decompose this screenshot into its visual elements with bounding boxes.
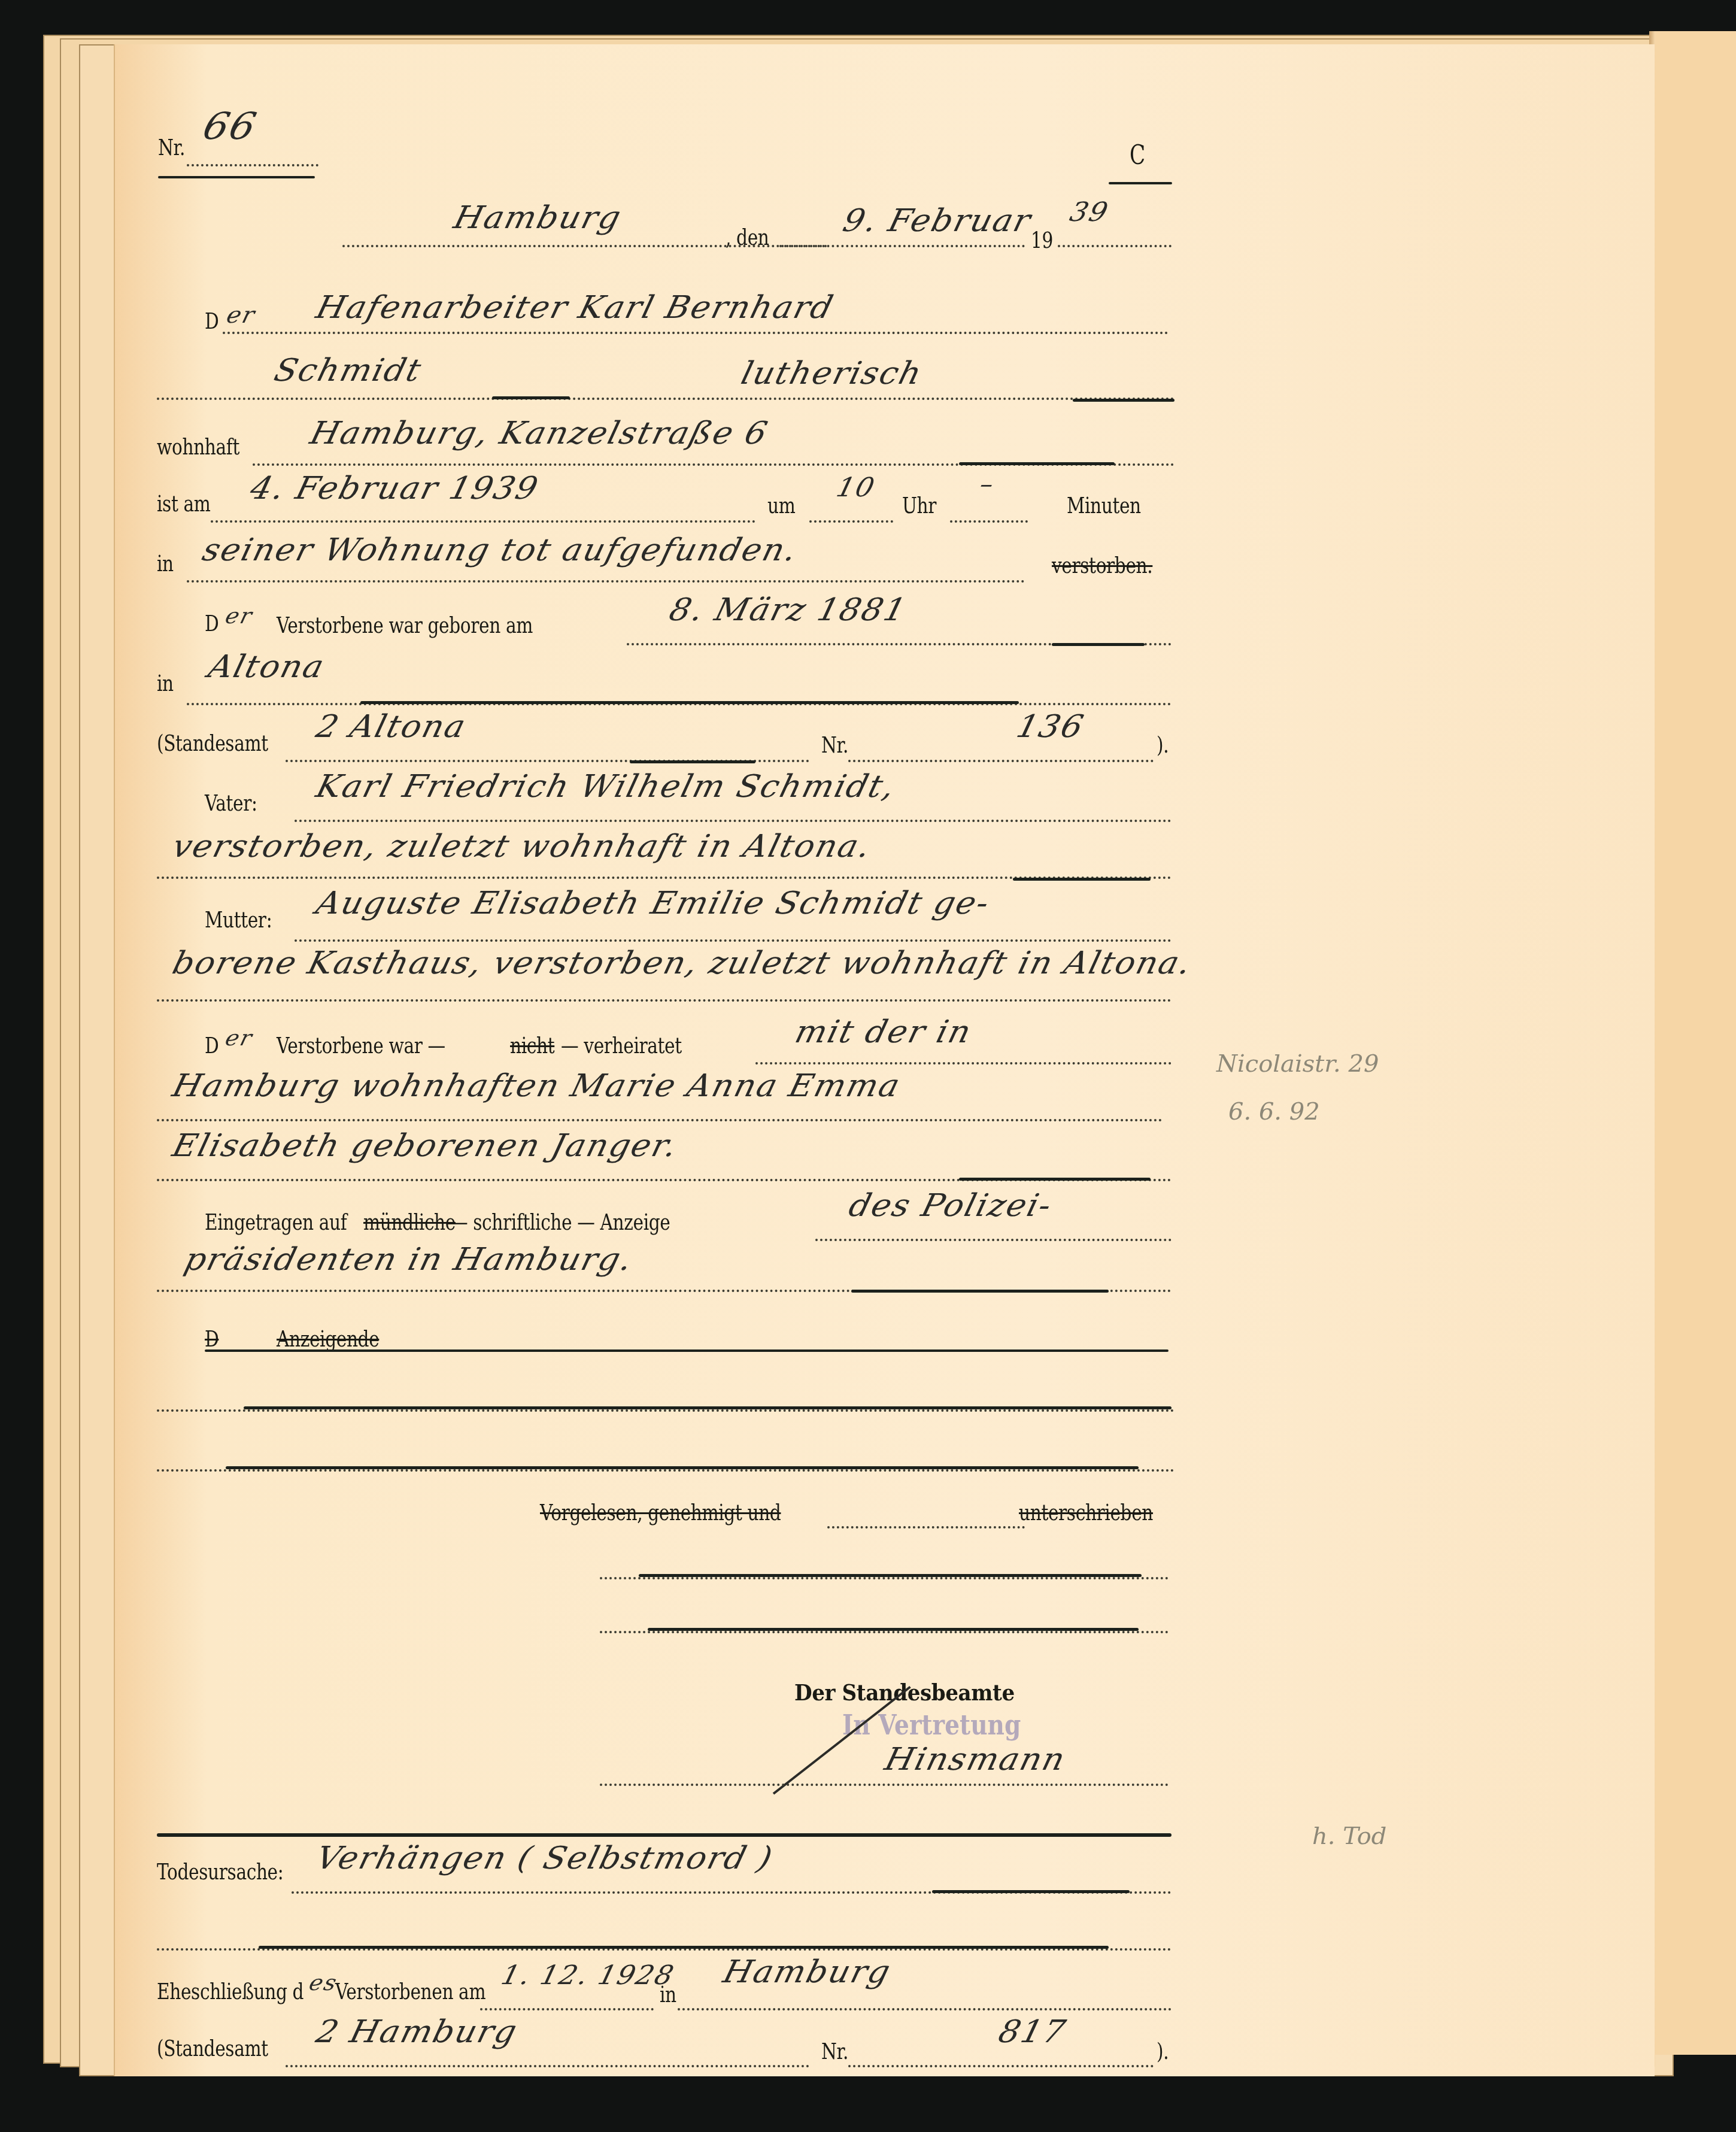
den-label: , den [726, 224, 769, 250]
birth-registry-office: 2 Altona [312, 709, 470, 745]
date-value: 9. Februar [839, 203, 1035, 239]
cause-of-death-fill-dash [932, 1890, 1130, 1893]
father-dotline-1 [295, 820, 1172, 822]
registration-label-a: Eingetragen auf [205, 1209, 347, 1235]
register-letter: C [1130, 140, 1145, 171]
birth-registry-nr-value: 136 [1013, 709, 1088, 745]
year-prefix: 19 [1031, 227, 1053, 253]
registration-value-line1: des Polizei- [845, 1188, 1056, 1224]
facing-page [1653, 31, 1736, 2055]
marriage-in-label: in [660, 1981, 676, 2007]
registrar-stamp: In Vertretung [842, 1709, 1021, 1741]
marital-value-line1: mit der in [791, 1014, 976, 1050]
birth-place-value: Altona [205, 649, 329, 685]
birth-place-label: in [157, 670, 174, 696]
death-hour-dotline [809, 520, 893, 523]
declarant-dotline-2 [157, 398, 1174, 400]
marital-prefix-fill: er [223, 1026, 256, 1051]
death-minuten-label: Minuten [1067, 492, 1141, 518]
mother-dotline-2 [157, 999, 1172, 1002]
residence-fill-dash [959, 462, 1115, 465]
declarant-fill-dash-1 [492, 396, 570, 399]
declarant-fill-dash-2 [1073, 399, 1174, 402]
signature-fill-dash-1 [639, 1574, 1142, 1577]
declarant-occupation-name: Hafenarbeiter Karl Bernhard [312, 290, 837, 326]
marital-dotline-2 [157, 1119, 1163, 1121]
mother-dotline-1 [295, 939, 1172, 942]
approval-label-b: unterschrieben [1019, 1499, 1153, 1526]
birth-registry-close: ). [1157, 732, 1169, 758]
birth-registry-nr-label: Nr. [821, 732, 848, 758]
death-date-value: 4. Februar 1939 [247, 471, 542, 507]
death-date-dotline [211, 520, 755, 523]
death-date-label: ist am [157, 490, 210, 517]
marriage-label-b: Verstorbenen am [335, 1978, 485, 2004]
registrar-signature-dotline [600, 1784, 1169, 1786]
entry-number-value: 66 [199, 104, 262, 148]
signature-fill-dash-2 [648, 1628, 1139, 1631]
declarant-religion: lutherisch [738, 356, 926, 392]
death-uhr-label: Uhr [902, 492, 936, 518]
father-label: Vater: [205, 790, 257, 816]
birth-label: Verstorbene war geboren am [277, 612, 533, 638]
cause-of-death-fill-dash-2 [259, 1946, 1109, 1949]
cause-of-death-value: Verhängen ( Selbstmord ) [312, 1840, 777, 1876]
informant-fill-dash-2 [226, 1466, 1139, 1469]
marital-value-line3: Elisabeth geborenen Janger. [169, 1128, 682, 1164]
registrar-signature: Hinsmann [881, 1742, 1070, 1778]
year-suffix: 39 [1067, 197, 1112, 228]
father-value-line1: Karl Friedrich Wilhelm Schmidt, [312, 769, 899, 805]
informant-strike-line [205, 1349, 1169, 1352]
year-dotline [1058, 245, 1172, 247]
marriage-label-a: Eheschließung d [157, 1978, 304, 2004]
mother-value-line1: Auguste Elisabeth Emilie Schmidt ge- [312, 885, 994, 921]
registration-fill-dash [851, 1290, 1109, 1293]
birth-prefix: D [205, 610, 218, 636]
informant-dotline-3 [157, 1469, 1174, 1472]
marital-label-nicht: nicht [510, 1032, 554, 1059]
declarant-dotline-1 [223, 332, 1169, 334]
registration-label-muendlich: mündliche [363, 1209, 456, 1235]
death-minute-value: – [977, 471, 998, 498]
marriage-place-dotline [678, 2008, 1172, 2010]
informant-fill-dash-1 [244, 1406, 1172, 1409]
informant-prefix: D [205, 1326, 218, 1352]
marital-value-line2: Hamburg wohnhaften Marie Anna Emma [169, 1068, 905, 1104]
signature-dotline-1 [600, 1577, 1169, 1579]
marriage-place-value: Hamburg [720, 1954, 895, 1990]
approval-dotline [827, 1526, 1025, 1529]
death-hour-value: 10 [833, 472, 879, 503]
register-letter-underline [1109, 182, 1172, 184]
death-place-value: seiner Wohnung tot aufgefunden. [199, 532, 802, 568]
signature-dotline-2 [600, 1631, 1169, 1633]
death-place-dotline [187, 580, 1025, 583]
marriage-registry-dotline [286, 2065, 809, 2067]
entry-number-dotline [187, 164, 318, 166]
declarant-surname: Schmidt [271, 353, 426, 389]
marriage-registry-nr-dotline [848, 2065, 1154, 2067]
birth-registry-label: (Standesamt [157, 730, 268, 756]
birth-registry-nr-dotline [848, 760, 1154, 762]
marital-fill-dash [959, 1178, 1151, 1181]
margin-note-address: Nicolaistr. 29 [1216, 1050, 1379, 1078]
place-value: Hamburg [450, 200, 626, 236]
death-place-label: in [157, 550, 174, 577]
register-page: Nr. 66 C Hamburg , den 9. Februar 19 39 … [114, 44, 1655, 2076]
father-fill-dash [1013, 878, 1151, 881]
margin-note-date: 6. 6. 92 [1228, 1098, 1320, 1126]
marriage-registry-office: 2 Hamburg [312, 2014, 521, 2050]
verstorben-label: verstorben. [1052, 552, 1152, 578]
section-divider [157, 1833, 1172, 1837]
marriage-registry-nr-label: Nr. [821, 2038, 848, 2064]
marital-label-b: — verheiratet [561, 1032, 682, 1059]
marriage-registry-nr-value: 817 [995, 2014, 1070, 2050]
birth-place-fill-dash [360, 701, 1019, 704]
mother-label: Mutter: [205, 906, 272, 933]
registration-label-b: — schriftliche — Anzeige [450, 1209, 670, 1235]
death-minute-dotline [950, 520, 1028, 523]
residence-label: wohnhaft [157, 433, 239, 460]
residence-value: Hamburg, Kanzelstraße 6 [306, 416, 772, 451]
marriage-date-value: 1. 12. 1928 [498, 1960, 678, 1991]
marriage-date-dotline [480, 2008, 654, 2010]
marriage-registry-close: ). [1157, 2038, 1169, 2064]
mother-value-line2: borene Kasthaus, verstorben, zuletzt woh… [169, 945, 1196, 981]
birth-date-fill-dash [1052, 643, 1145, 646]
marital-label-a: Verstorbene war — [277, 1032, 445, 1059]
marriage-registry-label: (Standesamt [157, 2035, 268, 2061]
birth-registry-fill-dash [630, 760, 755, 763]
marital-dotline-1 [755, 1062, 1172, 1065]
death-um-label: um [767, 492, 795, 518]
marital-prefix: D [205, 1032, 218, 1059]
approval-label-a: Vorgelesen, genehmigt und [540, 1499, 781, 1526]
informant-label: Anzeigende [277, 1326, 379, 1352]
declarant-prefix-fill: er [224, 302, 259, 328]
date-dotline [779, 245, 1025, 247]
entry-number-label: Nr. [158, 134, 185, 160]
father-value-line2: verstorben, zuletzt wohnhaft in Altona. [169, 829, 875, 865]
margin-note-death: h. Tod [1312, 1822, 1386, 1850]
birth-prefix-fill: er [223, 604, 256, 629]
cause-of-death-label: Todesursache: [157, 1858, 283, 1885]
registration-dotline-1 [815, 1239, 1172, 1241]
informant-dotline-2 [157, 1409, 1174, 1412]
birth-date-value: 8. März 1881 [666, 592, 911, 628]
declarant-prefix: D [205, 308, 218, 334]
entry-number-underline [158, 176, 315, 178]
registration-value-line2: präsidenten in Hamburg. [181, 1242, 637, 1278]
